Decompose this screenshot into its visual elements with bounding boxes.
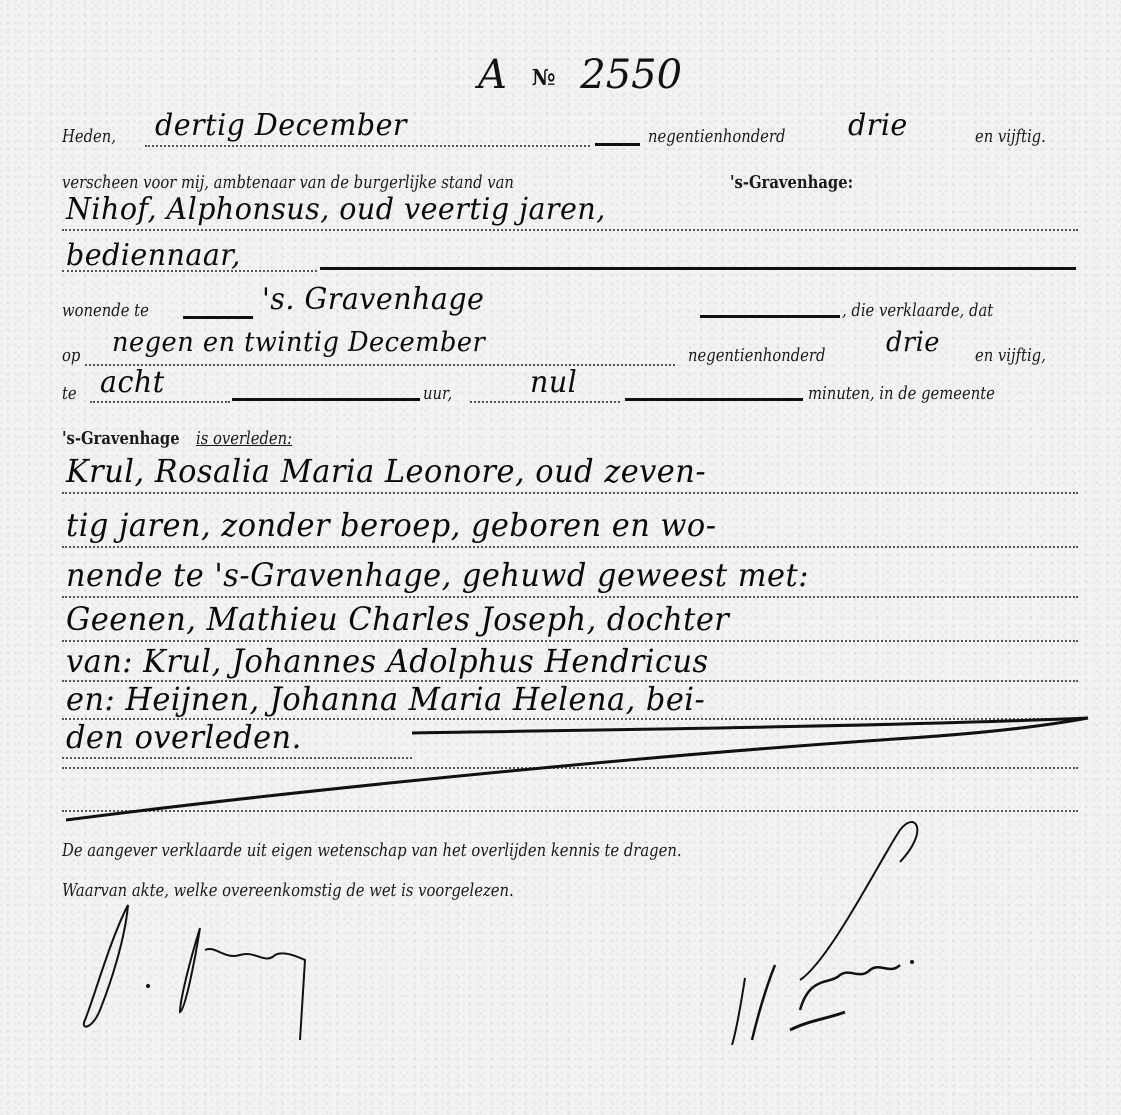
closing-statement-1: De aangever verklaarde uit eigen wetensc… xyxy=(62,840,682,861)
closing-statement-2: Waarvan akte, welke overeenkomstig de we… xyxy=(62,880,514,901)
strike-lines xyxy=(0,0,1121,1115)
death-certificate-page: A № 2550 Heden, dertig December negentie… xyxy=(0,0,1121,1115)
